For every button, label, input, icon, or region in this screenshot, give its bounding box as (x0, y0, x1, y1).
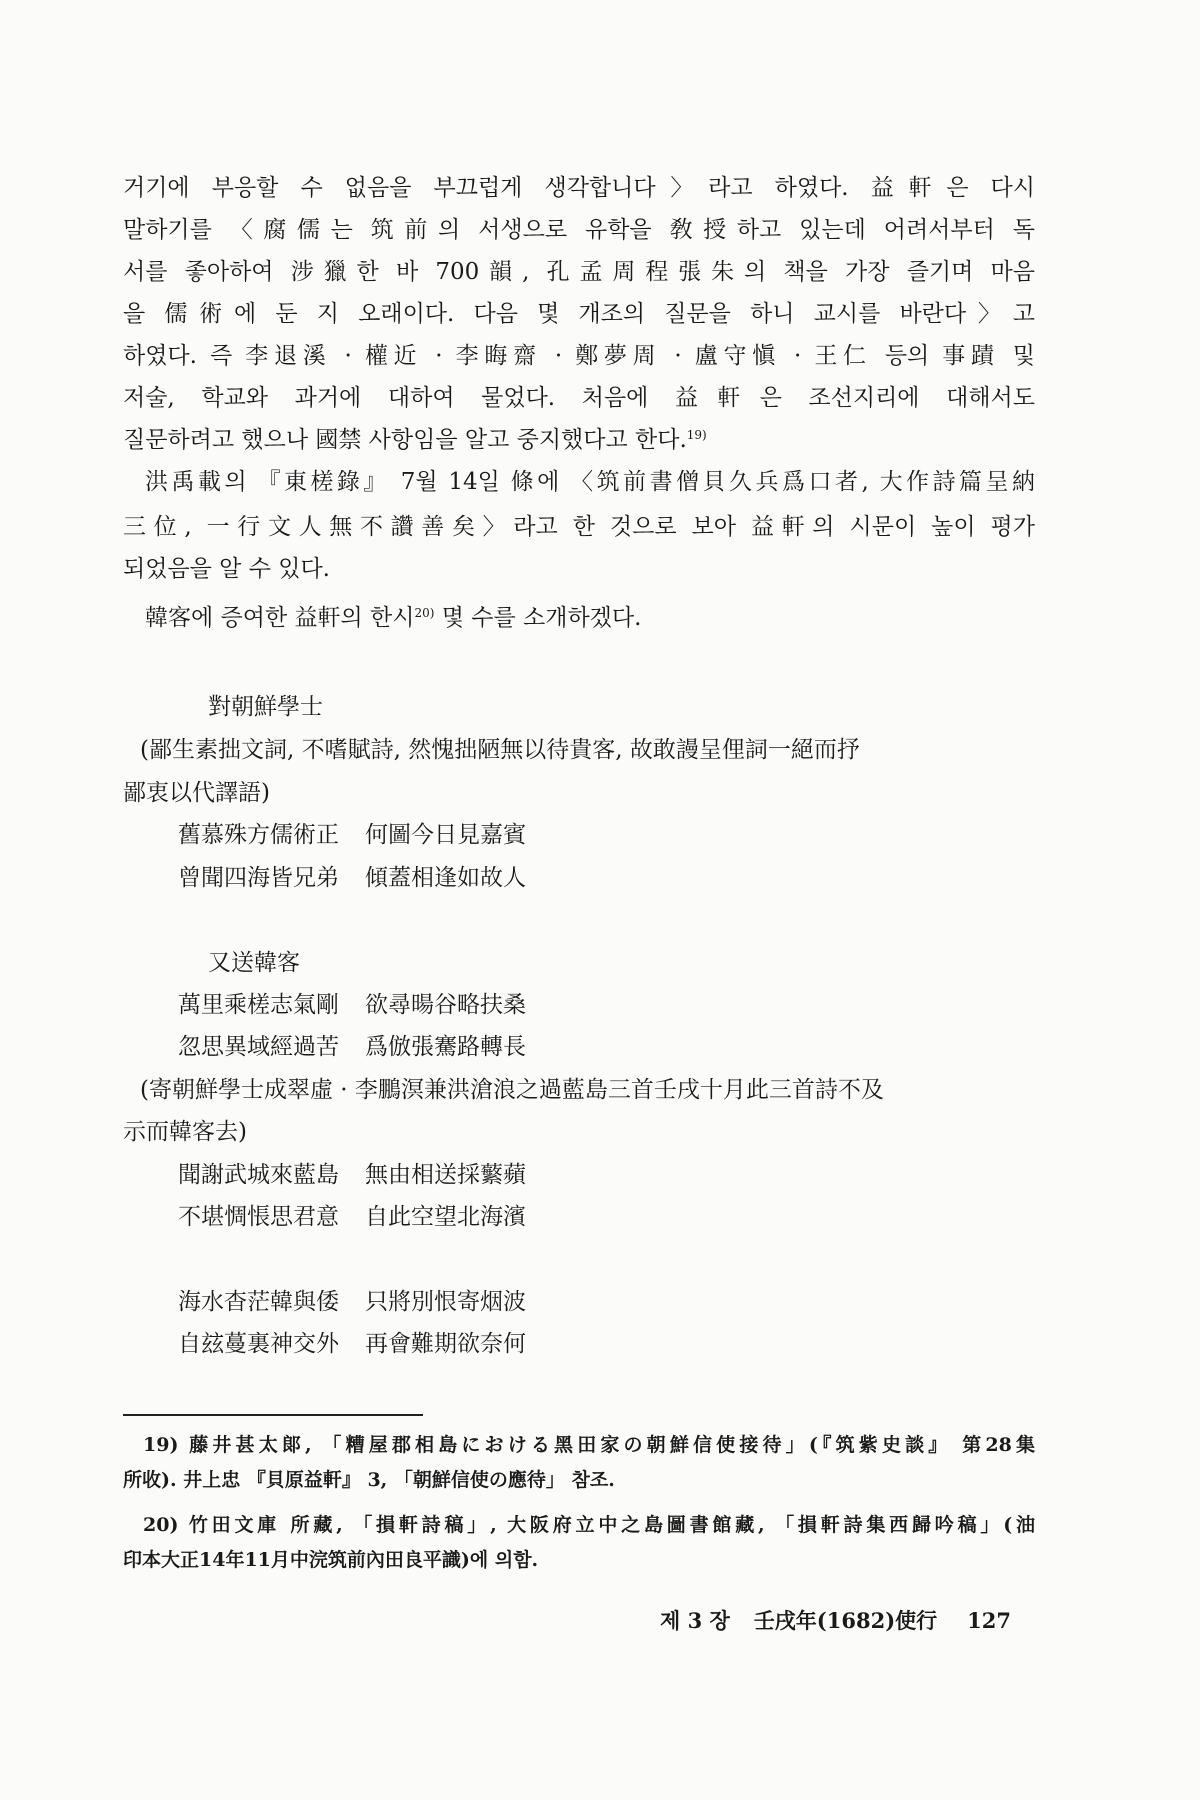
body-line: 질문하려고 했으나 國禁 사항임을 알고 중지했다고 한다.19) (123, 425, 1035, 455)
verse-second-half: 再會難期欲奈何 (365, 1329, 526, 1359)
verse-second-half: 傾蓋相逢如故人 (365, 863, 526, 893)
poem-title: 又送韓客 (208, 948, 300, 978)
body-line: 말하기를 〈腐儒는 筑前의 서생으로 유학을 敎授하고 있는데 어려서부터 독 (123, 215, 1035, 245)
body-line: 하였다. 즉 李退溪 · 權近 · 李晦齋 · 鄭夢周 · 盧守愼 · 王仁 등… (123, 341, 1035, 371)
verse-first-half: 海水杳茫韓與倭 (178, 1289, 339, 1315)
poem-note: 示而韓客去) (123, 1117, 247, 1147)
poem-verse: 聞謝武城來藍島無由相送採蘩蘋 (178, 1160, 526, 1190)
poem-verse: 不堪惆悵思君意自此空望北海濱 (178, 1202, 526, 1232)
body-line: 되었음을 알 수 있다. (123, 554, 1035, 584)
verse-second-half: 無由相送採蘩蘋 (365, 1160, 526, 1190)
body-text: 韓客에 증여한 益軒의 한시 (145, 605, 414, 631)
verse-first-half: 忽思異域經過苦 (178, 1034, 339, 1060)
body-text: 질문하려고 했으나 國禁 사항임을 알고 중지했다고 한다. (123, 427, 687, 453)
footnote-ref-20[interactable]: 20) (414, 606, 434, 620)
footnote-20: 20) 竹田文庫 所藏, 「損軒詩稿」, 大阪府立中之島圖書館藏, 「損軒詩集西… (123, 1512, 1035, 1538)
body-line: 을 儒術에 둔 지 오래이다. 다음 몇 개조의 질문을 하니 교시를 바란다〉… (123, 299, 1035, 329)
poem-verse: 萬里乘槎志氣剛欲尋暘谷略扶桑 (178, 990, 526, 1020)
verse-first-half: 舊慕殊方儒術正 (178, 822, 339, 848)
footnote-20-cont: 印本大正14年11月中浣筑前內田良平識)에 의함. (123, 1547, 1035, 1573)
footnote-ref-19[interactable]: 19) (687, 428, 707, 442)
poem-verse: 舊慕殊方儒術正何圖今日見嘉賓 (178, 820, 526, 850)
body-line: 三位, 一行文人無不讚善矣〉라고 한 것으로 보아 益軒의 시문이 높이 평가 (123, 512, 1035, 542)
poem-note: (寄朝鮮學士成翠虛 · 李鵬溟兼洪滄浪之過藍島三首壬戌十月此三首詩不及 (140, 1075, 884, 1105)
footnote-divider (123, 1414, 423, 1416)
poem-note: 鄙衷以代譯語) (123, 778, 270, 808)
footnote-19: 19) 藤井甚太郞, 「糟屋郡相島における黑田家の朝鮮信使接待」(『筑紫史談』 … (123, 1432, 1035, 1458)
verse-first-half: 萬里乘槎志氣剛 (178, 992, 339, 1018)
running-footer: 제 3 장壬戌年(1682)使行127 (660, 1605, 1011, 1635)
poem-verse: 海水杳茫韓與倭只將別恨寄烟波 (178, 1287, 526, 1317)
verse-second-half: 自此空望北海濱 (365, 1202, 526, 1232)
poem-verse: 曾聞四海皆兄弟傾蓋相逢如故人 (178, 863, 526, 893)
book-page: 거기에 부응할 수 없음을 부끄럽게 생각합니다〉라고 하였다. 益軒은 다시 … (0, 0, 1200, 1800)
body-line: 洪禹載의 『東槎錄』 7월 14일 條에 〈筑前書僧貝久兵爲口者, 大作詩篇呈納 (123, 467, 1035, 497)
poem-title: 對朝鮮學士 (208, 692, 323, 722)
verse-first-half: 不堪惆悵思君意 (178, 1204, 339, 1230)
body-line: 거기에 부응할 수 없음을 부끄럽게 생각합니다〉라고 하였다. 益軒은 다시 (123, 173, 1035, 203)
poem-verse: 忽思異域經過苦爲倣張騫路轉長 (178, 1032, 526, 1062)
page-number: 127 (967, 1608, 1011, 1633)
poem-verse: 自玆蔓裏神交外再會難期欲奈何 (178, 1329, 526, 1359)
footnote-19-cont: 所收). 井上忠 『貝原益軒』 3, 「朝鮮信使の應待」 참조. (123, 1467, 1035, 1493)
verse-first-half: 自玆蔓裏神交外 (178, 1331, 339, 1357)
verse-second-half: 何圖今日見嘉賓 (365, 820, 526, 850)
chapter-label: 제 3 장 (660, 1608, 730, 1633)
body-line: 저술, 학교와 과거에 대하여 물었다. 처음에 益軒은 조선지리에 대해서도 (123, 383, 1035, 413)
body-line: 서를 좋아하여 涉獵한 바 700韻, 孔孟周程張朱의 책을 가장 즐기며 마음 (123, 257, 1035, 287)
verse-first-half: 聞謝武城來藍島 (178, 1162, 339, 1188)
chapter-title: 壬戌年(1682)使行 (754, 1608, 937, 1633)
verse-second-half: 只將別恨寄烟波 (365, 1287, 526, 1317)
verse-first-half: 曾聞四海皆兄弟 (178, 865, 339, 891)
body-line: 韓客에 증여한 益軒의 한시20) 몇 수를 소개하겠다. (123, 603, 1035, 633)
verse-second-half: 欲尋暘谷略扶桑 (365, 990, 526, 1020)
poem-note: (鄙生素拙文詞, 不嗜賦詩, 然愧拙陋無以待貴客, 故敢謾呈俚詞一絕而抒 (140, 735, 860, 765)
body-text: 몇 수를 소개하겠다. (434, 605, 641, 631)
verse-second-half: 爲倣張騫路轉長 (365, 1032, 526, 1062)
